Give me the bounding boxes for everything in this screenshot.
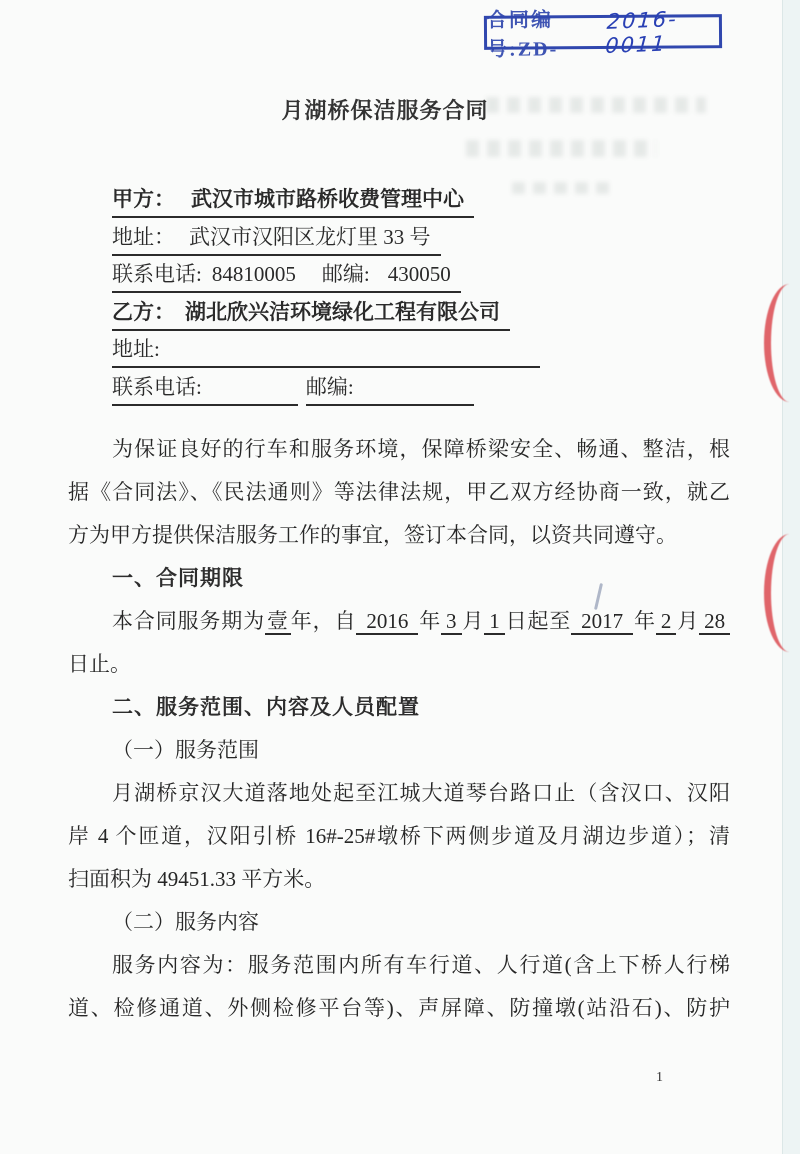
contract-number-value: 2016-0011 [605, 5, 721, 58]
bleedthrough-text-artifact [466, 140, 656, 157]
party-b-phone-row: 联系电话: 邮编: [112, 370, 592, 408]
party-a-phone-value: 84810005 [212, 262, 296, 287]
section-2-heading: 二、服务范围、内容及人员配置 [68, 686, 730, 729]
term-start-year: 2016 [356, 609, 418, 635]
party-b-label: 乙方： [112, 296, 175, 326]
term-text: 月 [676, 609, 699, 633]
intro-line: 方为甲方提供保洁服务工作的事宜，签订本合同，以资共同遵守。 [68, 514, 730, 557]
page-number: 1 [656, 1070, 663, 1086]
term-line-tail: 日止。 [68, 643, 730, 686]
subsection-1-heading: （一）服务范围 [68, 729, 730, 772]
term-text: 本合同服务期为 [112, 609, 265, 633]
term-start-day: 1 [484, 609, 505, 635]
party-a-label: 甲方： [112, 183, 175, 213]
seal-edge-mark [764, 534, 800, 652]
content-line: 道、检修通道、外侧检修平台等)、声屏障、防撞墩(站沿石)、防护 [68, 987, 730, 1030]
section-1-heading: 一、合同期限 [68, 557, 730, 600]
party-b-zip-label: 邮编: [306, 371, 354, 401]
party-a-address-label: 地址： [112, 221, 175, 251]
party-b-phone-label: 联系电话: [112, 371, 202, 401]
contract-body: 为保证良好的行车和服务环境，保障桥梁安全、畅通、整洁，根 据《合同法》、《民法通… [68, 428, 730, 1030]
term-text: 年 [418, 609, 441, 633]
term-text: 日起至 [505, 609, 571, 633]
party-a-phone-label: 联系电话: [112, 258, 202, 288]
party-a-phone-row: 联系电话: 84810005 邮编: 430050 [112, 257, 592, 295]
contract-number-stamp: 合同编号:ZD-2016-0011 [484, 14, 722, 50]
scope-line: 扫面积为 49451.33 平方米。 [68, 858, 730, 901]
party-b-row: 乙方： 湖北欣兴洁环境绿化工程有限公司 [112, 295, 592, 333]
party-a-address-row: 地址： 武汉市汉阳区龙灯里 33 号 [112, 220, 592, 258]
contract-number-label: 合同编号:ZD- [487, 3, 604, 62]
party-a-row: 甲方： 武汉市城市路桥收费管理中心 [112, 182, 592, 220]
term-text: 年 [633, 609, 656, 633]
party-a-zip-value: 430050 [388, 262, 451, 287]
term-duration: 壹 [265, 609, 291, 635]
document-title: 月湖桥保洁服务合同 [0, 96, 770, 126]
party-b-address-row: 地址: [112, 332, 592, 370]
party-a-zip-label: 邮编: [322, 258, 370, 288]
party-a-name: 武汉市城市路桥收费管理中心 [191, 183, 464, 213]
term-end-day: 28 [699, 609, 730, 635]
subsection-2-heading: （二）服务内容 [68, 901, 730, 944]
term-end-month: 2 [656, 609, 677, 635]
term-line: 本合同服务期为壹年，自2016年3月1日起至2017年2月28 [68, 600, 730, 643]
party-info-section: 甲方： 武汉市城市路桥收费管理中心 地址： 武汉市汉阳区龙灯里 33 号 联系电… [112, 182, 592, 407]
party-a-address-value: 武汉市汉阳区龙灯里 33 号 [189, 221, 431, 251]
scope-line: 岸 4 个匝道，汉阳引桥 16#-25#墩桥下两侧步道及月湖边步道）；清 [68, 815, 730, 858]
term-end-year: 2017 [571, 609, 633, 635]
party-b-name: 湖北欣兴洁环境绿化工程有限公司 [185, 296, 500, 326]
contract-document-page: 合同编号:ZD-2016-0011 月湖桥保洁服务合同 甲方： 武汉市城市路桥收… [0, 0, 800, 1154]
term-start-month: 3 [441, 609, 462, 635]
intro-line: 据《合同法》、《民法通则》等法律法规，甲乙双方经协商一致，就乙 [68, 471, 730, 514]
term-text: 月 [462, 609, 485, 633]
term-text: 年，自 [291, 609, 357, 633]
seal-edge-mark [764, 284, 800, 402]
party-b-address-label: 地址: [112, 333, 160, 363]
scope-line: 月湖桥京汉大道落地处起至江城大道琴台路口止（含汉口、汉阳 [68, 772, 730, 815]
intro-line: 为保证良好的行车和服务环境，保障桥梁安全、畅通、整洁，根 [68, 428, 730, 471]
content-line: 服务内容为：服务范围内所有车行道、人行道(含上下桥人行梯 [68, 944, 730, 987]
